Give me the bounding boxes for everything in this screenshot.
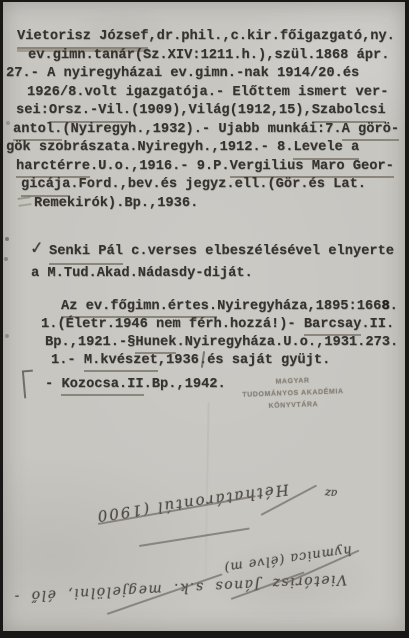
typed-text-segment: Bp.,1921.-§ [45, 334, 135, 352]
typed-text-segment: .Nyiregyháza.U.o.,1931.273. [176, 334, 398, 352]
pencil-equals-mark [17, 196, 31, 207]
typed-text-segment: .II. [361, 316, 394, 334]
underlined-text: M.kvészet [84, 352, 158, 370]
text-line: a M.Tud.Akad.Nádasdy-diját. [3, 263, 405, 285]
typed-text-segment: 8 [381, 298, 389, 316]
typed-text-segment: . [390, 298, 398, 316]
typed-text-segment: Remekirók).Bp.,1936. [34, 195, 198, 214]
paragraph-bio: Vietorisz József,dr.phil.,c.kir.főigazga… [3, 28, 405, 213]
typed-text-segment: ,1936.és saját gyüjt. [158, 352, 331, 370]
text-line: Bp.,1921.-§Hunek.Nyiregyháza.U.o.,1931.2… [3, 334, 405, 352]
handwritten-note-small: az [325, 487, 338, 501]
typed-text-segment: 27.- A nyiregyházai ev.gimn.-nak 1914/20… [6, 65, 359, 84]
text-line: ev.gimn.tanár(Sz.XIV:1211.h.),szül.1868 … [3, 47, 405, 66]
typed-text-segment: (1909),Világ(1912,15), [131, 102, 312, 121]
pencil-bracket-mark [22, 370, 35, 399]
scan-speckles [3, 2, 5, 4]
typed-text-segment: .Bp.,1942. [144, 376, 226, 394]
typed-text-segment: 1.(Életr.1946 nem férh.hozzá!)- [41, 316, 304, 334]
text-line: gök szobrászata.Nyiregyh.,1912.- 8.Level… [3, 139, 405, 158]
text-line: gicája.Ford.,bev.és jegyz.ell.(Gör.és La… [3, 176, 405, 195]
typed-text-segment: a M.Tud.Akad.Nádasdy-diját. [31, 263, 253, 285]
typed-text-segment: ,dr.phil.,c.kir.főigazgató,ny. [148, 28, 394, 47]
underlined-text: Orsz.-Vil. [49, 102, 131, 121]
typed-text-segment: .Ford.,bev.és jegyz.ell.(Gör.és Lat. [70, 176, 366, 195]
underlined-text: antol. [13, 121, 62, 140]
library-stamp: MAGYAR TUDOMÁNYOS AKADÉMIA KÖNYVTÁRA [240, 374, 345, 414]
underlined-text: Levele a [293, 139, 359, 158]
catalog-card: Vietorisz József,dr.phil.,c.kir.főigazga… [0, 0, 409, 638]
underlined-text: gicája [21, 176, 70, 195]
paragraph-award: Senki Pál c.verses elbeszélésével elnyer… [3, 241, 405, 285]
underlined-text: Vergilius Maro Geor- [230, 158, 394, 177]
underlined-text: Senki Pál [49, 241, 123, 263]
typed-text-segment: .U.o.,1916.- 9.P. [90, 158, 230, 177]
text-line: Remekirók).Bp.,1936. [3, 195, 405, 214]
text-line: sei:Orsz.-Vil.(1909),Világ(1912,15),Szab… [3, 102, 405, 121]
text-line: harctérre.U.o.,1916.- 9.P.Vergilius Maro… [3, 158, 405, 177]
underlined-text: Barcsay [304, 316, 362, 334]
typed-text-segment: 1926/8.volt igazgatója.- Előttem ismert … [27, 84, 388, 103]
typed-text-segment: 1.- [51, 352, 84, 370]
underlined-text: Hunek [135, 334, 176, 352]
underlined-text: A görö- [342, 121, 400, 140]
text-line: Vietorisz József,dr.phil.,c.kir.főigazga… [3, 28, 405, 47]
typed-text-segment: (Nyiregyh.,1932).- Ujabb munkái:7. [62, 121, 341, 140]
underlined-text: harctérre [16, 158, 90, 177]
text-line: antol.(Nyiregyh.,1932).- Ujabb munkái:7.… [3, 121, 405, 140]
paragraph-sources: Az ev.főgimn.értes.Nyiregyháza,1895:1668… [3, 298, 405, 394]
underlined-text: Szabolcsi [312, 102, 386, 121]
text-line: 1.(Életr.1946 nem férh.hozzá!)- Barcsay.… [3, 316, 405, 334]
text-line: Az ev.főgimn.értes.Nyiregyháza,1895:1668… [3, 298, 405, 316]
typed-text-segment: sei: [16, 102, 49, 121]
typed-text-segment: gök szobrászata.Nyiregyh.,1912.- 8. [6, 139, 293, 158]
underlined-text: Az ev.főgimn.értes. [61, 298, 217, 316]
text-line: 1926/8.volt igazgatója.- Előttem ismert … [3, 84, 405, 103]
pencil-check-mark: ✓ [30, 237, 44, 259]
text-line: Senki Pál c.verses elbeszélésével elnyer… [3, 241, 405, 263]
typed-text-segment: Nyiregyháza,1895:166 [217, 298, 381, 316]
underlined-text: Kozocsa.II [61, 376, 143, 394]
typed-text-segment: c.verses elbeszélésével elnyerte [123, 241, 394, 263]
typed-text-segment: ev.gimn.tanár(Sz.XIV:1211.h.),szül.1868 … [28, 47, 389, 66]
underlined-text: Vietorisz József [17, 28, 148, 47]
text-line: 27.- A nyiregyházai ev.gimn.-nak 1914/20… [3, 65, 405, 84]
typed-text-segment: - [45, 376, 61, 394]
